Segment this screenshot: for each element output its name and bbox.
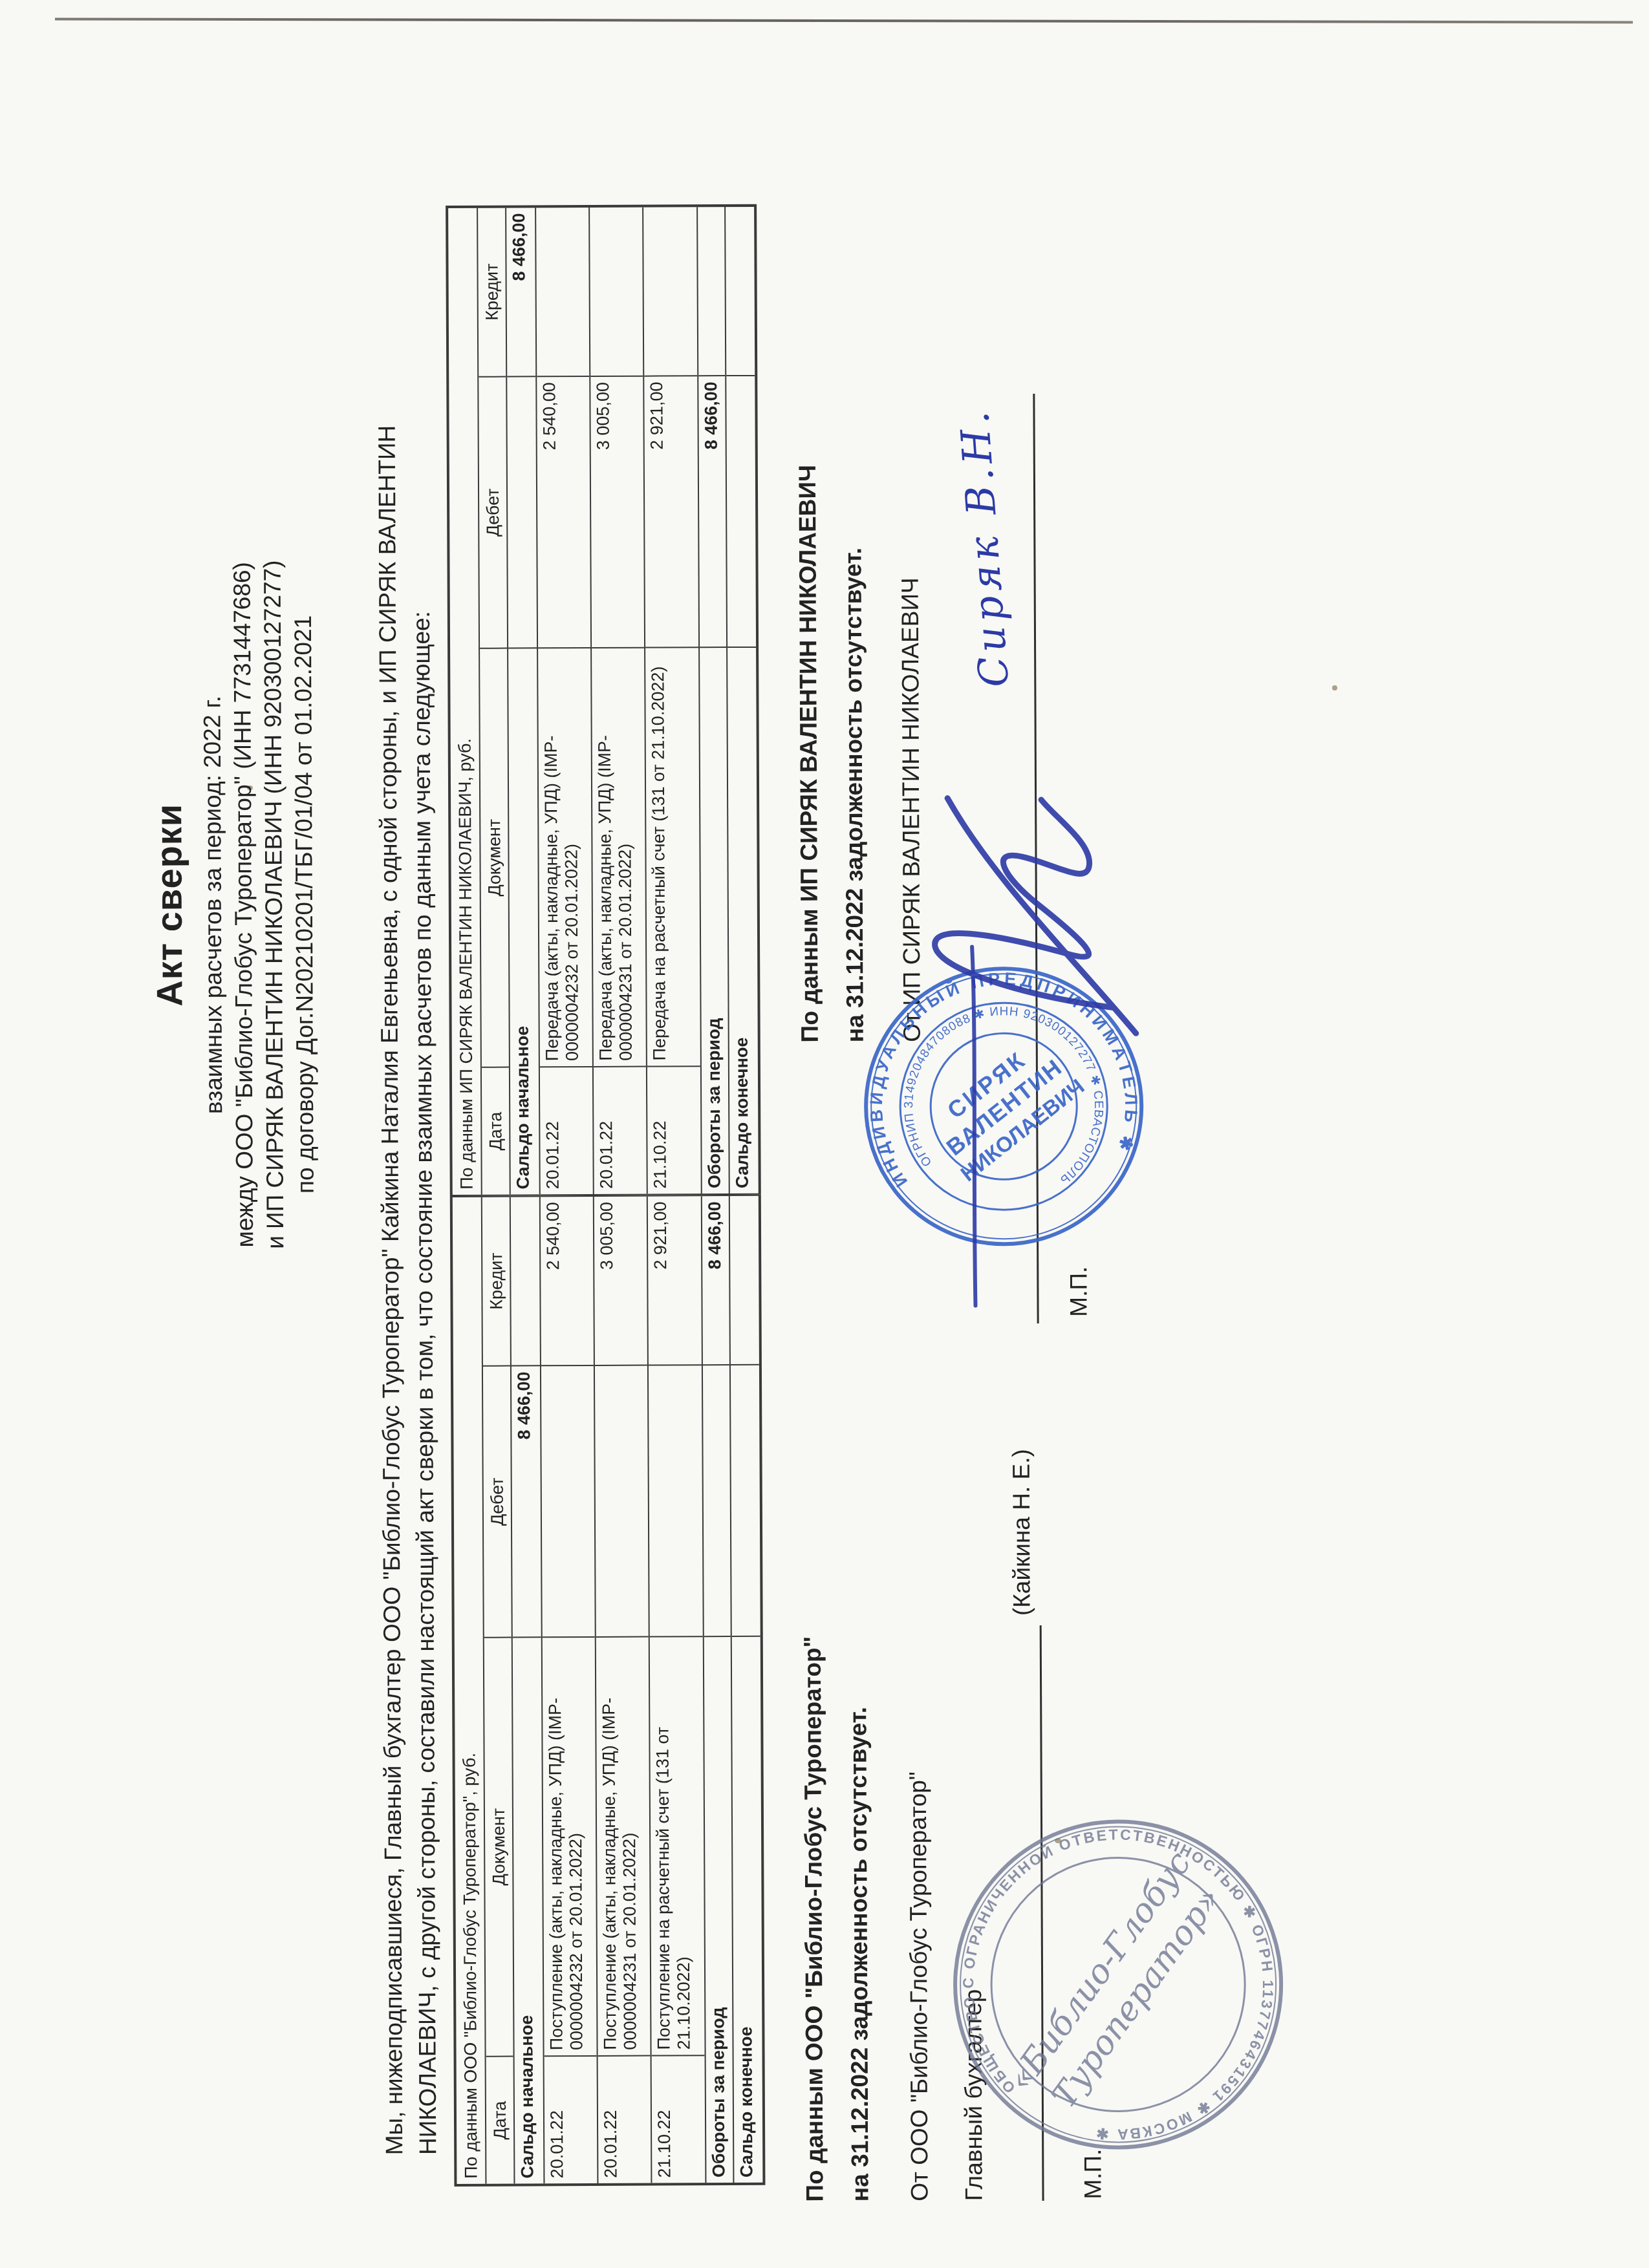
ooo-opening-label: Сальдо начальное xyxy=(513,1636,544,2183)
table-row-doc: Поступление (акты, накладные, УПД) (IMP-… xyxy=(596,1636,651,2055)
col-header-date: Дата xyxy=(482,1067,510,1195)
table-row-debit: 3 005,00 xyxy=(590,376,644,647)
mp-right-label: М.П. xyxy=(1064,1267,1094,1317)
table-row-credit xyxy=(536,208,589,376)
ooo-turnover-label: Обороты за период xyxy=(704,1636,733,2183)
table-row-credit: 2 540,00 xyxy=(541,1197,594,1365)
ip-summary-line-2: на 31.12.2022 задолженность отсутствует. xyxy=(838,548,870,1042)
col-header-date: Дата xyxy=(486,2056,514,2184)
ip-turnover-label: Обороты за период xyxy=(700,647,729,1193)
table-row-date: 20.01.22 xyxy=(540,1066,593,1194)
ip-turnover-credit xyxy=(698,207,725,375)
table-row-debit xyxy=(541,1365,595,1636)
table-row-doc: Передача (акты, накладные, УПД) (IMP-000… xyxy=(592,647,646,1066)
from-ip-label: От ИП СИРЯК ВАЛЕНТИН НИКОЛАЕВИЧ xyxy=(896,577,927,1042)
document-title: Акт сверки xyxy=(144,0,194,1810)
document-header: Акт сверки взаимных расчетов за период: … xyxy=(144,0,323,1810)
table-row-doc: Передача на расчетный счет (131 от 21.10… xyxy=(645,647,700,1065)
reconciliation-table: По данным ООО "Библио-Глобус Туроператор… xyxy=(446,204,765,2187)
ooo-turnover-credit: 8 466,00 xyxy=(702,1196,729,1364)
table-row-credit: 3 005,00 xyxy=(594,1197,647,1365)
ip-opening-credit: 8 466,00 xyxy=(506,208,535,376)
table-row-debit xyxy=(649,1364,703,1636)
ip-closing-debit xyxy=(726,375,756,647)
table-row-date: 20.01.22 xyxy=(544,2055,598,2183)
col-header-credit: Кредит xyxy=(478,208,506,376)
table-row-date: 20.01.22 xyxy=(598,2055,651,2183)
ooo-stamp-center-script: «Библио-Глобус Туроператор» xyxy=(1001,1845,1236,2125)
table-row-credit xyxy=(590,208,643,376)
document-rotated-content: Акт сверки взаимных расчетов за период: … xyxy=(0,0,1649,2267)
ip-stamp-center-name: СИРЯК ВАЛЕНТИН НИКОЛАЕВИЧ xyxy=(920,1028,1089,1186)
ip-closing-credit xyxy=(726,207,755,375)
table-row-doc: Передача (акты, накладные, УПД) (IMP-000… xyxy=(538,647,592,1066)
ooo-summary-line-1: По данным ООО "Библио-Глобус Туроператор… xyxy=(798,1636,830,2202)
table-row-date: 21.10.22 xyxy=(652,2055,706,2183)
ooo-closing-credit xyxy=(730,1196,759,1364)
table-row-credit: 2 921,00 xyxy=(648,1196,702,1364)
ip-opening-label: Сальдо начальное xyxy=(508,647,539,1194)
ooo-summary-line-2: на 31.12.2022 задолженность отсутствует. xyxy=(843,1707,875,2201)
table-row-doc: Поступление (акты, накладные, УПД) (IMP-… xyxy=(543,1636,597,2055)
table-row-date: 21.10.22 xyxy=(647,1065,701,1193)
signature-name-script: Сиряк В.Н. xyxy=(950,405,1018,689)
ip-table-title: По данным ИП СИРЯК ВАЛЕНТИН НИКОЛАЕВИЧ, … xyxy=(448,208,481,1195)
table-row-debit xyxy=(595,1365,649,1636)
table-row-credit xyxy=(643,207,697,375)
ip-turnover-debit: 8 466,00 xyxy=(698,375,726,647)
col-header-doc: Документ xyxy=(484,1637,513,2056)
ip-closing-label: Сальдо конечное xyxy=(727,647,759,1193)
ip-summary-line-1: По данным ИП СИРЯК ВАЛЕНТИН НИКОЛАЕВИЧ xyxy=(793,465,825,1043)
kaikina-name: (Кайкина Н. Е.) xyxy=(1006,1449,1037,1616)
ooo-closing-debit xyxy=(731,1364,760,1636)
table-row-debit: 2 540,00 xyxy=(537,376,590,647)
ooo-turnover-debit xyxy=(703,1364,731,1636)
ooo-closing-label: Сальдо конечное xyxy=(732,1636,763,2183)
col-header-debit: Дебет xyxy=(479,376,507,648)
ooo-opening-debit: 8 466,00 xyxy=(512,1365,541,1636)
table-row-debit: 2 921,00 xyxy=(644,375,698,647)
table-half-ooo: По данным ООО "Библио-Глобус Туроператор… xyxy=(450,1195,766,2187)
table-row-doc: Поступление на расчетный счет (131 от 21… xyxy=(650,1636,705,2055)
col-header-doc: Документ xyxy=(480,648,509,1067)
ooo-round-stamp: ОБЩЕСТВО С ОГРАНИЧЕННОЙ ОТВЕТСТВЕННОСТЬЮ… xyxy=(878,1744,1359,2225)
ooo-opening-credit xyxy=(511,1197,540,1365)
ooo-table-title: По данным ООО "Библио-Глобус Туроператор… xyxy=(453,1197,486,2184)
scanned-page: Акт сверки взаимных расчетов за период: … xyxy=(0,0,1649,2268)
ip-opening-debit xyxy=(507,376,537,647)
intro-paragraph: Мы, нижеподписавшиеся, Главный бухгалтер… xyxy=(369,67,445,2155)
col-header-debit: Дебет xyxy=(483,1365,512,1637)
table-half-ip: По данным ИП СИРЯК ВАЛЕНТИН НИКОЛАЕВИЧ, … xyxy=(446,204,761,1196)
table-row-date: 20.01.22 xyxy=(594,1066,647,1194)
col-header-credit: Кредит xyxy=(482,1197,510,1365)
